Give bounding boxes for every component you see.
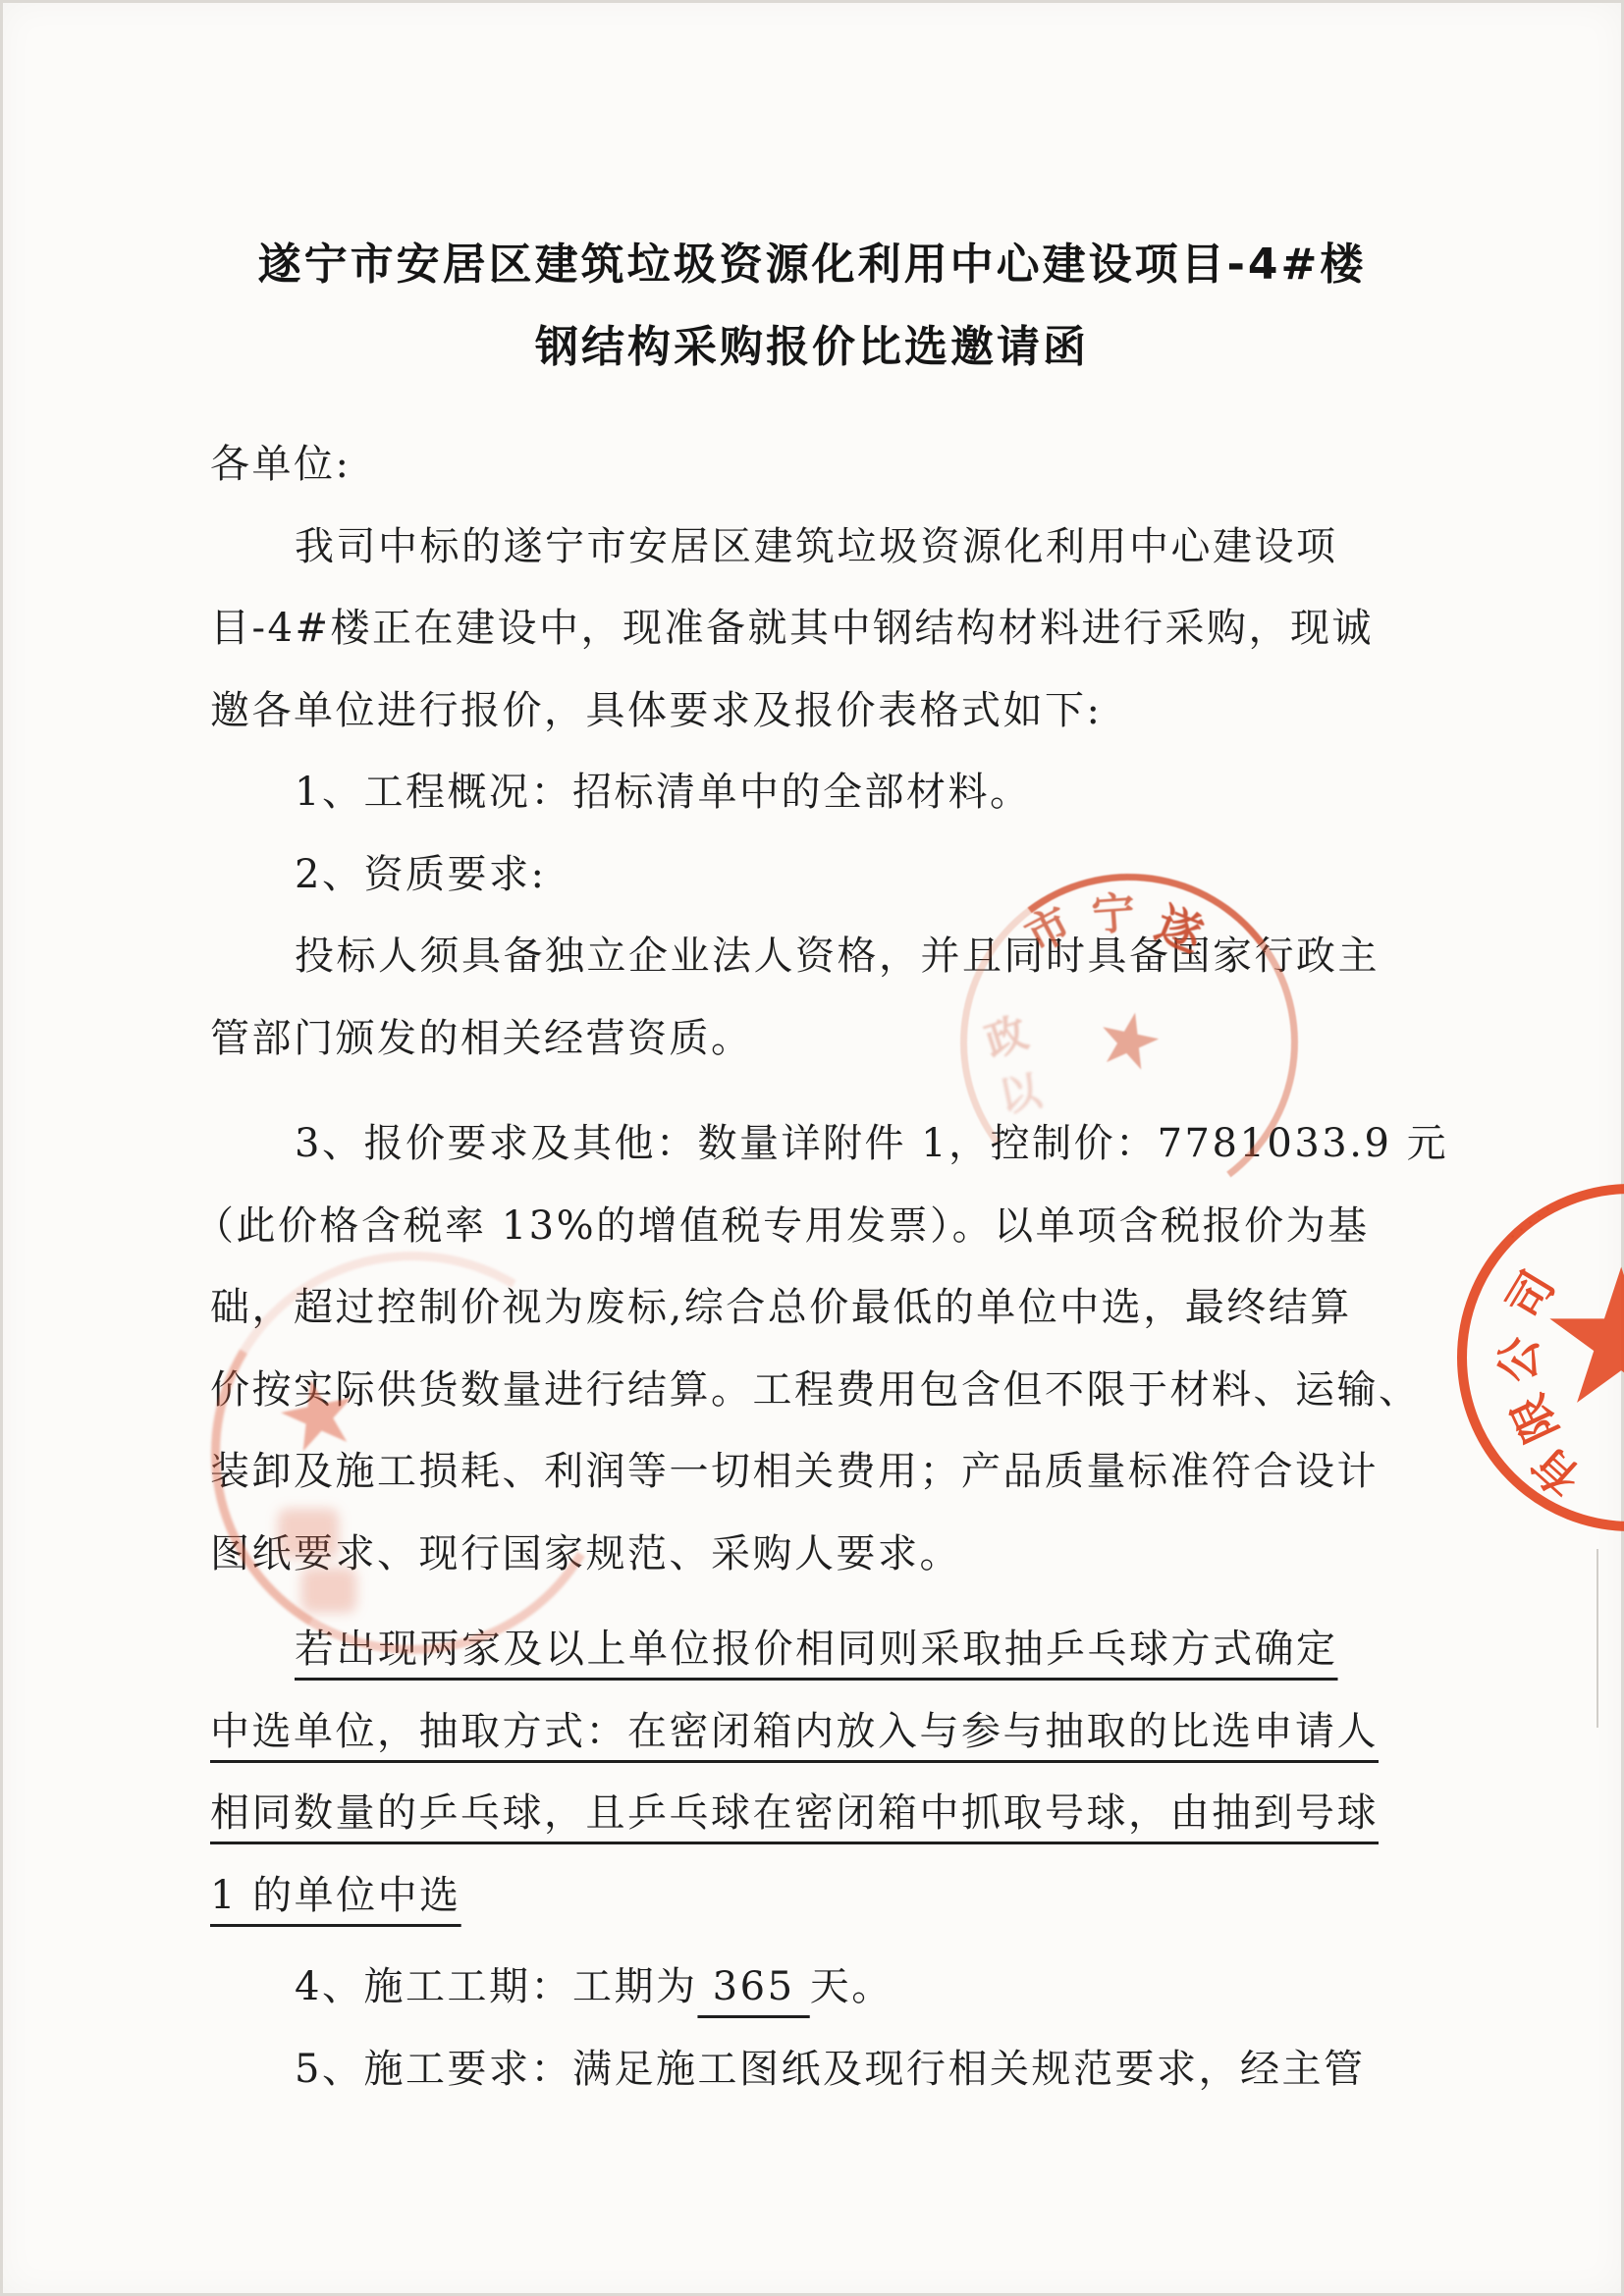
item-3-line: 础，超过控制价视为废标,综合总价最低的单位中选，最终结算	[210, 1267, 1428, 1350]
construction-period-value: 365	[697, 1964, 809, 2009]
star-icon: ★	[1538, 1245, 1624, 1431]
scan-artifact-line	[1597, 1549, 1598, 1728]
seal-arc-char: 限	[1504, 1388, 1564, 1448]
underlined-clause-line: 中选单位，抽取方式：在密闭箱内放入与参与抽取的比选申请人	[210, 1691, 1428, 1774]
item-2-body-line: 管部门颁发的相关经营资质。	[210, 998, 1428, 1081]
seal-rim-marks: ·····	[1503, 1195, 1562, 1248]
underlined-clause-line: 1 的单位中选	[210, 1855, 1428, 1938]
item-4-line: 4、施工工期：工期为 365 天。	[210, 1947, 1428, 2029]
seal-arc-char: 司	[1499, 1263, 1561, 1325]
intro-line: 目-4#楼正在建设中，现准备就其中钢结构材料进行采购，现诚	[210, 588, 1428, 670]
document-body: 各单位: 我司中标的遂宁市安居区建筑垃圾资源化利用中心建设项 目-4#楼正在建设…	[210, 424, 1428, 2110]
item-1-line: 1、工程概况：招标清单中的全部材料。	[210, 752, 1428, 834]
intro-line: 我司中标的遂宁市安居区建筑垃圾资源化利用中心建设项	[210, 507, 1428, 589]
item-3-line: 装卸及施工损耗、利润等一切相关费用；产品质量标准符合设计	[210, 1431, 1428, 1514]
title-line-2: 钢结构采购报价比选邀请函	[0, 306, 1624, 389]
scanned-document-page: 遂宁市安居区建筑垃圾资源化利用中心建设项目-4#楼 钢结构采购报价比选邀请函 各…	[0, 0, 1624, 2296]
title-line-1: 遂宁市安居区建筑垃圾资源化利用中心建设项目-4#楼	[0, 224, 1624, 306]
item-3-line: 价按实际供货数量进行结算。工程费用包含但不限于材料、运输、	[210, 1350, 1428, 1432]
seal-arc-char: 公	[1495, 1336, 1543, 1383]
salutation: 各单位:	[210, 424, 1428, 507]
item-2-line: 2、资质要求:	[210, 834, 1428, 917]
item-3-line: （此价格含税率 13%的增值税专用发票）。以单项含税报价为基	[194, 1186, 1428, 1268]
item-3-line: 3、报价要求及其他：数量详附件 1，控制价：7781033.9 元	[210, 1103, 1428, 1186]
underlined-clause-line: 若出现两家及以上单位报价相同则采取抽乒乓球方式确定	[210, 1609, 1428, 1691]
intro-line: 邀各单位进行报价，具体要求及报价表格式如下:	[210, 670, 1428, 753]
page-title: 遂宁市安居区建筑垃圾资源化利用中心建设项目-4#楼 钢结构采购报价比选邀请函	[0, 224, 1624, 389]
seal-arc-char: 有	[1525, 1440, 1589, 1504]
item-3-line: 图纸要求、现行国家规范、采购人要求。	[210, 1514, 1428, 1596]
item-2-body-line: 投标人须具备独立企业法人资格，并且同时具备国家行政主	[210, 916, 1428, 998]
company-seal-right-edge: ★ 司 公 限 有 ·····	[1457, 1184, 1624, 1531]
item-4-suffix: 天。	[810, 1964, 893, 2009]
underlined-clause-line: 相同数量的乒乓球，且乒乓球在密闭箱中抓取号球，由抽到号球	[210, 1773, 1428, 1855]
item-5-line: 5、施工要求：满足施工图纸及现行相关规范要求，经主管	[210, 2029, 1428, 2111]
item-4-prefix: 4、施工工期：工期为	[295, 1964, 697, 2009]
seal-ring	[1457, 1184, 1624, 1531]
